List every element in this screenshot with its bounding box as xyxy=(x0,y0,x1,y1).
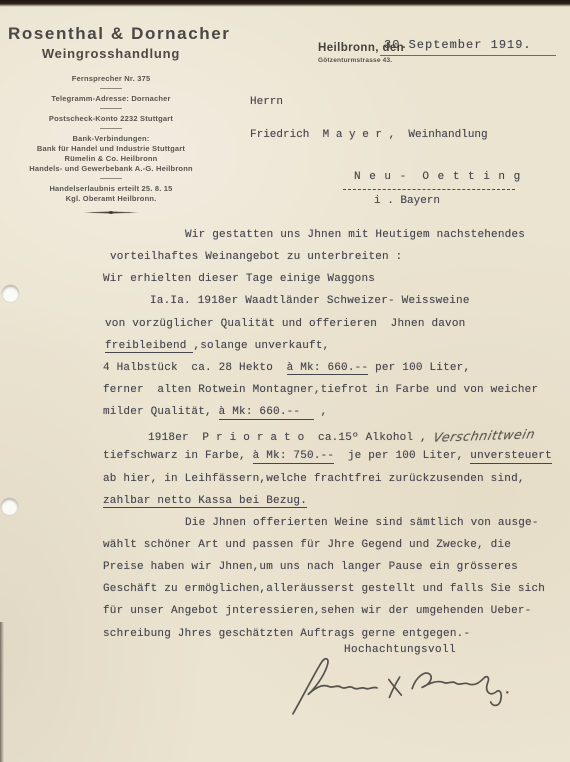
letterhead-bank-list: Bank-Verbindungen:Bank für Handel und In… xyxy=(8,134,214,174)
dateline-rule xyxy=(380,55,556,56)
letterhead-line: Bank für Handel und Industrie Stuttgart xyxy=(8,144,214,154)
scan-top-edge xyxy=(0,0,570,7)
body-line: zahlbar netto Kassa bei Bezug. xyxy=(0,495,570,517)
letterhead-line: Rümelin & Co. Heilbronn xyxy=(8,154,214,164)
letterhead-line: Postscheck-Konto 2232 Stuttgart xyxy=(8,114,214,124)
recipient-city-underline xyxy=(343,189,515,190)
dateline-date: 30.September 1919. xyxy=(384,38,532,52)
letterhead-line: Telegramm-Adresse: Dornacher xyxy=(8,94,214,104)
body-line: Die Jhnen offerierten Weine sind sämtlic… xyxy=(0,517,570,539)
body-line: 4 Halbstück ca. 28 Hekto à Mk: 660.-- pe… xyxy=(0,362,570,384)
body-line: 1918er P r i o r a t o ca.15º Alkohol , … xyxy=(0,428,570,450)
letterhead-divider xyxy=(100,88,122,89)
recipient-salutation: Herrn xyxy=(250,96,283,108)
body-line: Preise haben wir Jhnen,um uns nach lange… xyxy=(0,561,570,583)
dateline: Heilbronn, den 30.September 1919. Götzen… xyxy=(318,38,563,56)
recipient-region: i . Bayern xyxy=(374,195,440,207)
letterhead-line: Fernsprecher Nr. 375 xyxy=(8,74,214,84)
letterhead-ornament xyxy=(83,211,139,214)
company-subtitle: Weingrosshandlung xyxy=(8,46,214,61)
recipient-city: N e u - O e t t i n g xyxy=(354,171,521,183)
body-line: von vorzüglicher Qualität und offerieren… xyxy=(0,318,570,340)
letterhead-contact-list: Fernsprecher Nr. 375Telegramm-Adresse: D… xyxy=(8,74,214,129)
body-line: vorteilhaftes Weinangebot zu unterbreite… xyxy=(0,251,570,273)
letterhead-license-list: Handelserlaubnis erteilt 25. 8. 15Kgl. O… xyxy=(8,184,214,204)
body-line: für unser Angebot jnteressieren,sehen wi… xyxy=(0,605,570,627)
letterhead-divider xyxy=(100,178,122,179)
letter-page: Rosenthal & Dornacher Weingrosshandlung … xyxy=(0,0,570,762)
letterhead-line: Handels- und Gewerbebank A.-G. Heilbronn xyxy=(8,164,214,174)
letterhead-line: Handelserlaubnis erteilt 25. 8. 15 xyxy=(8,184,214,194)
letterhead-divider xyxy=(100,128,122,129)
letter-body: Wir gestatten uns Jhnen mit Heutigem nac… xyxy=(0,229,570,650)
company-name: Rosenthal & Dornacher xyxy=(8,24,214,44)
body-line: Geschäft zu ermöglichen,alleräusserst ge… xyxy=(0,583,570,605)
body-line: Ia.Ia. 1918er Waadtländer Schweizer- Wei… xyxy=(0,295,570,317)
letterhead: Rosenthal & Dornacher Weingrosshandlung … xyxy=(8,24,214,214)
letterhead-line: Kgl. Oberamt Heilbronn. xyxy=(8,194,214,204)
letterhead-divider xyxy=(100,108,122,109)
body-line: freibleibend ,solange unverkauft, xyxy=(0,340,570,362)
handwritten-annotation: Verschnittwein xyxy=(432,427,537,446)
body-line: tiefschwarz in Farbe, à Mk: 750.-- je pe… xyxy=(0,450,570,472)
body-line: ab hier, in Leihfässern,welche frachtfre… xyxy=(0,473,570,495)
body-line: Wir gestatten uns Jhnen mit Heutigem nac… xyxy=(0,229,570,251)
letterhead-line: Bank-Verbindungen: xyxy=(8,134,214,144)
body-line: schreibung Jhres geschätzten Auftrags ge… xyxy=(0,628,570,650)
recipient-name: Friedrich M a y e r , Weinhandlung xyxy=(250,129,488,141)
body-line: milder Qualität, à Mk: 660.-- , xyxy=(0,406,570,428)
body-line: Wir erhielten dieser Tage einige Waggons xyxy=(0,273,570,295)
dateline-street: Götzenturmstrasse 43. xyxy=(318,57,392,64)
handwritten-signature xyxy=(287,648,519,723)
body-line: wählt schöner Art und passen für Jhre Ge… xyxy=(0,539,570,561)
body-line: ferner alten Rotwein Montagner,tiefrot i… xyxy=(0,384,570,406)
